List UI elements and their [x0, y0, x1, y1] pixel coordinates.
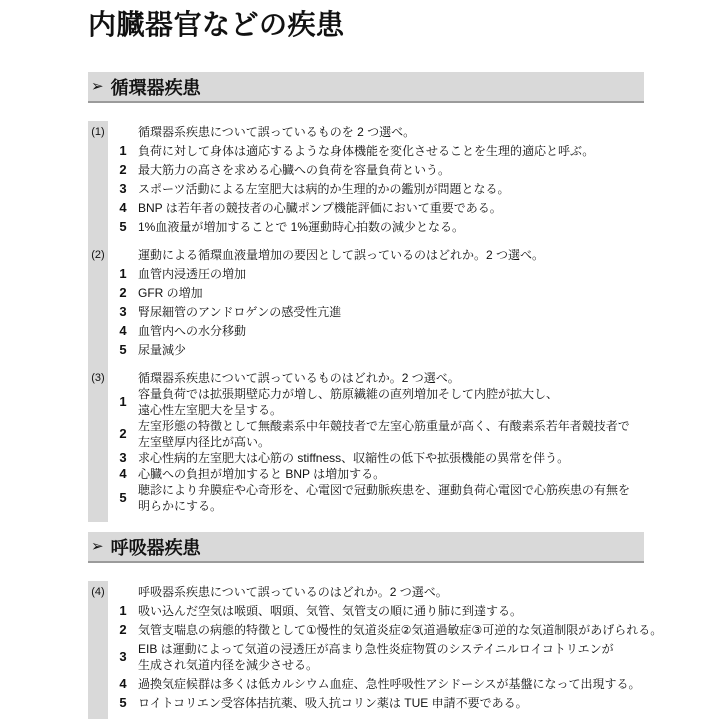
question-block: (1) 循環器系疾患について誤っているものを 2 つ選べ。 1 負荷に対して身体… [88, 124, 644, 235]
choice-text: 吸い込んだ空気は喉頭、咽頭、気管、気管支の順に通り肺に到達する。 [138, 603, 522, 619]
choice-number: 3 [108, 181, 138, 197]
choice-text: 心臓への負担が増加すると BNP は増加する。 [138, 466, 385, 482]
choice-row: 3 求心性病的左室肥大は心筋の stiffness、収縮性の低下や拡張機能の異常… [88, 450, 644, 466]
question-number: (4) [88, 584, 108, 600]
choice-number: 2 [108, 622, 138, 638]
choice-number: 5 [108, 219, 138, 235]
question-number: (1) [88, 124, 108, 140]
choice-number: 1 [108, 603, 138, 619]
section-heading: 循環器疾患 [111, 74, 201, 100]
choice-text: GFR の増加 [138, 285, 203, 301]
choice-number: 1 [108, 143, 138, 159]
question-stem-row: (4) 呼吸器系疾患について誤っているのはどれか。2 つ選べ。 [88, 584, 644, 600]
arrowhead-right-icon: ➢ [91, 79, 104, 94]
choices-list: 1 容量負荷では拡張期壁応力が増し、筋原繊維の直列増加そして内腔が拡大し、 遠心… [88, 386, 644, 514]
choices-list: 1 負荷に対して身体は適応するような身体機能を変化させることを生理的適応と呼ぶ。… [88, 143, 644, 235]
choice-number: 4 [108, 466, 138, 482]
choice-row: 2 最大筋力の高さを求める心臓への負荷を容量負荷という。 [88, 162, 644, 178]
section: ➢ 循環器疾患 (1) 循環器系疾患について誤っているものを 2 つ選べ。 1 … [88, 72, 644, 522]
choice-row: 2 GFR の増加 [88, 285, 644, 301]
choice-row: 4 血管内への水分移動 [88, 323, 644, 339]
choices-list: 1 吸い込んだ空気は喉頭、咽頭、気管、気管支の順に通り肺に到達する。 2 気管支… [88, 603, 644, 711]
question-stem-row: (3) 循環器系疾患について誤っているものはどれか。2 つ選べ。 [88, 370, 644, 386]
choice-row: 3 EIB は運動によって気道の浸透圧が高まり急性炎症物質のシステイニルロイコト… [88, 641, 644, 673]
question-list: (4) 呼吸器系疾患について誤っているのはどれか。2 つ選べ。 1 吸い込んだ空… [88, 584, 644, 711]
choice-row: 1 容量負荷では拡張期壁応力が増し、筋原繊維の直列増加そして内腔が拡大し、 遠心… [88, 386, 644, 418]
question-stem: 循環器系疾患について誤っているものはどれか。2 つ選べ。 [138, 370, 460, 386]
choice-row: 1 血管内浸透圧の増加 [88, 266, 644, 282]
choice-number: 4 [108, 676, 138, 692]
choice-text: 血管内への水分移動 [138, 323, 246, 339]
choice-row: 5 ロイトコリエン受容体拮抗薬、吸入抗コリン薬は TUE 申請不要である。 [88, 695, 644, 711]
section-heading: 呼吸器疾患 [111, 534, 201, 560]
choice-row: 5 尿量減少 [88, 342, 644, 358]
choice-number: 3 [108, 450, 138, 466]
choice-text: 容量負荷では拡張期壁応力が増し、筋原繊維の直列増加そして内腔が拡大し、 遠心性左… [138, 386, 558, 418]
choice-text: 1%血液量が増加することで 1%運動時心拍数の減少となる。 [138, 219, 464, 235]
choice-row: 2 左室形態の特徴として無酸素系中年競技者で左室心筋重量が高く、有酸素系若年者競… [88, 418, 644, 450]
choice-number: 2 [108, 285, 138, 301]
choice-text: 求心性病的左室肥大は心筋の stiffness、収縮性の低下や拡張機能の異常を伴… [138, 450, 569, 466]
choice-text: 聴診により弁膜症や心奇形を、心電図で冠動脈疾患を、運動負荷心電図で心筋疾患の有無… [138, 482, 630, 514]
choice-row: 4 BNP は若年者の競技者の心臓ポンプ機能評価において重要である。 [88, 200, 644, 216]
choice-row: 3 スポーツ活動による左室肥大は病的か生理的かの鑑別が問題となる。 [88, 181, 644, 197]
choice-row: 1 吸い込んだ空気は喉頭、咽頭、気管、気管支の順に通り肺に到達する。 [88, 603, 644, 619]
section-header: ➢ 循環器疾患 [88, 72, 644, 103]
question-stem: 呼吸器系疾患について誤っているのはどれか。2 つ選べ。 [138, 584, 448, 600]
choice-text: 最大筋力の高さを求める心臓への負荷を容量負荷という。 [138, 162, 450, 178]
question-number: (3) [88, 370, 108, 386]
choice-text: 血管内浸透圧の増加 [138, 266, 246, 282]
choice-number: 2 [108, 162, 138, 178]
question-number: (2) [88, 247, 108, 263]
choice-number: 4 [108, 323, 138, 339]
page-title: 内臓器官などの疾患 [88, 8, 644, 42]
choice-number: 3 [108, 304, 138, 320]
choice-number: 2 [108, 426, 138, 442]
question-stem-row: (2) 運動による循環血液量増加の要因として誤っているのはどれか。2 つ選べ。 [88, 247, 644, 263]
choice-number: 1 [108, 266, 138, 282]
question-stem: 運動による循環血液量増加の要因として誤っているのはどれか。2 つ選べ。 [138, 247, 544, 263]
question-block: (2) 運動による循環血液量増加の要因として誤っているのはどれか。2 つ選べ。 … [88, 247, 644, 358]
choice-text: 気管支喘息の病態的特徴として①慢性的気道炎症②気道過敏症③可逆的な気道制限があげ… [138, 622, 662, 638]
question-list: (1) 循環器系疾患について誤っているものを 2 つ選べ。 1 負荷に対して身体… [88, 124, 644, 514]
choice-text: BNP は若年者の競技者の心臓ポンプ機能評価において重要である。 [138, 200, 502, 216]
question-stem-row: (1) 循環器系疾患について誤っているものを 2 つ選べ。 [88, 124, 644, 140]
choice-row: 2 気管支喘息の病態的特徴として①慢性的気道炎症②気道過敏症③可逆的な気道制限が… [88, 622, 644, 638]
sections-container: ➢ 循環器疾患 (1) 循環器系疾患について誤っているものを 2 つ選べ。 1 … [88, 72, 644, 719]
question-block: (4) 呼吸器系疾患について誤っているのはどれか。2 つ選べ。 1 吸い込んだ空… [88, 584, 644, 711]
choice-row: 5 1%血液量が増加することで 1%運動時心拍数の減少となる。 [88, 219, 644, 235]
choice-text: ロイトコリエン受容体拮抗薬、吸入抗コリン薬は TUE 申請不要である。 [138, 695, 528, 711]
choice-text: 尿量減少 [138, 342, 186, 358]
document-page: 内臓器官などの疾患 ➢ 循環器疾患 (1) 循環器系疾患について誤っているものを… [0, 0, 720, 720]
choice-text: スポーツ活動による左室肥大は病的か生理的かの鑑別が問題となる。 [138, 181, 510, 197]
choice-text: 左室形態の特徴として無酸素系中年競技者で左室心筋重量が高く、有酸素系若年者競技者… [138, 418, 630, 450]
choice-row: 5 聴診により弁膜症や心奇形を、心電図で冠動脈疾患を、運動負荷心電図で心筋疾患の… [88, 482, 644, 514]
choice-row: 4 過換気症候群は多くは低カルシウム血症、急性呼吸性アシドーシスが基盤になって出… [88, 676, 644, 692]
choice-number: 5 [108, 490, 138, 506]
question-stem: 循環器系疾患について誤っているものを 2 つ選べ。 [138, 124, 415, 140]
choice-number: 1 [108, 394, 138, 410]
section-question-area: (4) 呼吸器系疾患について誤っているのはどれか。2 つ選べ。 1 吸い込んだ空… [88, 581, 644, 719]
choice-number: 5 [108, 695, 138, 711]
choices-list: 1 血管内浸透圧の増加 2 GFR の増加 3 腎尿細管のアンドロゲンの感受性亢… [88, 266, 644, 358]
choice-row: 4 心臓への負担が増加すると BNP は増加する。 [88, 466, 644, 482]
choice-text: EIB は運動によって気道の浸透圧が高まり急性炎症物質のシステイニルロイコトリエ… [138, 641, 614, 673]
choice-row: 1 負荷に対して身体は適応するような身体機能を変化させることを生理的適応と呼ぶ。 [88, 143, 644, 159]
section: ➢ 呼吸器疾患 (4) 呼吸器系疾患について誤っているのはどれか。2 つ選べ。 … [88, 532, 644, 719]
section-question-area: (1) 循環器系疾患について誤っているものを 2 つ選べ。 1 負荷に対して身体… [88, 121, 644, 522]
choice-number: 5 [108, 342, 138, 358]
choice-number: 4 [108, 200, 138, 216]
question-block: (3) 循環器系疾患について誤っているものはどれか。2 つ選べ。 1 容量負荷で… [88, 370, 644, 514]
section-header: ➢ 呼吸器疾患 [88, 532, 644, 563]
choice-text: 負荷に対して身体は適応するような身体機能を変化させることを生理的適応と呼ぶ。 [138, 143, 594, 159]
choice-text: 過換気症候群は多くは低カルシウム血症、急性呼吸性アシドーシスが基盤になって出現す… [138, 676, 641, 692]
choice-row: 3 腎尿細管のアンドロゲンの感受性亢進 [88, 304, 644, 320]
arrowhead-right-icon: ➢ [91, 539, 104, 554]
choice-text: 腎尿細管のアンドロゲンの感受性亢進 [138, 304, 341, 320]
choice-number: 3 [108, 649, 138, 665]
